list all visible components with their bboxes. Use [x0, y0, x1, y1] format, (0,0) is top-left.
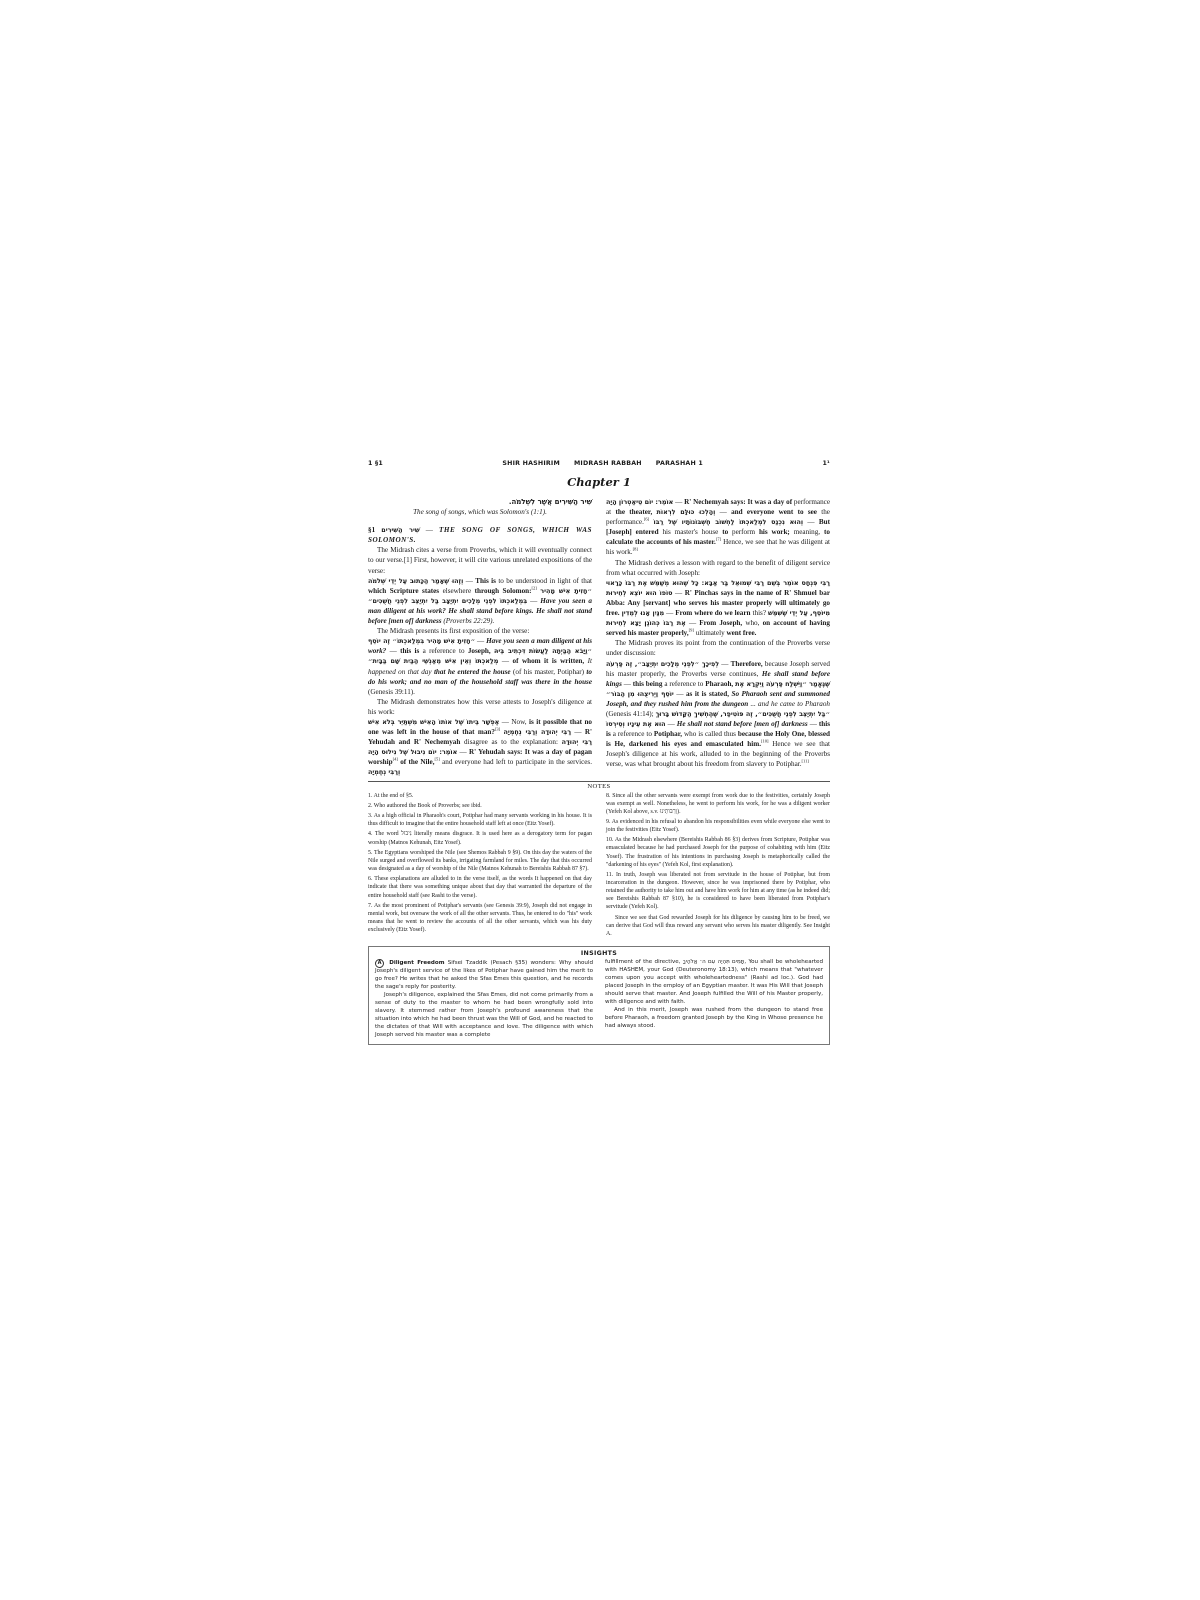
paragraph: The Midrash demonstrates how this verse … [368, 697, 592, 717]
note-item: 8. Since all the other servants were exe… [606, 792, 830, 816]
paragraph: The Midrash presents its first expositio… [368, 626, 592, 636]
section-heading: §1 שִׁיר הַשִּׁירִים — THE SONG OF SONGS… [368, 525, 592, 545]
insights-body: A Diligent Freedom Sifsei Tzaddik (Pesac… [375, 959, 823, 1040]
note-item: 2. Who authored the Book of Proverbs; se… [368, 802, 592, 810]
insight-paragraph: fulfillment of the directive, תָּמִים תִ… [605, 959, 823, 1007]
paragraph: The Midrash cites a verse from Proverbs,… [368, 545, 592, 575]
insight-paragraph: And in this merit, Joseph was rushed fro… [605, 1007, 823, 1031]
notes-divider [368, 781, 830, 782]
parashah-title: PARASHAH 1 [656, 460, 703, 467]
folio-number: 1¹ [822, 460, 830, 467]
note-item: 1. At the end of §5. [368, 792, 592, 800]
note-item: 6. These explanations are alluded to in … [368, 875, 592, 899]
section-marker: §1 [368, 526, 375, 534]
note-item: 3. As a high official in Pharaoh's court… [368, 812, 592, 828]
notes-section: 1. At the end of §5. 2. Who authored the… [368, 792, 830, 941]
book-title: SHIR HASHIRIM [502, 460, 560, 467]
left-column: שִׁיר הַשִּׁירִים אֲשֶׁר לִשְׁלֹמֹה. The… [368, 497, 592, 778]
paragraph: The Midrash derives a lesson with regard… [606, 558, 830, 578]
notes-heading: NOTES [368, 783, 830, 790]
verse-hebrew: שִׁיר הַשִּׁירִים אֲשֶׁר לִשְׁלֹמֹה. [368, 497, 592, 507]
insight-paragraph: A Diligent Freedom Sifsei Tzaddik (Pesac… [375, 959, 593, 992]
insight-paragraph: Joseph's diligence, explained the Sfas E… [375, 992, 593, 1040]
insight-letter-badge: A [375, 959, 384, 968]
book-page: 1 §1 SHIR HASHIRIM MIDRASH RABBAH PARASH… [368, 458, 830, 1045]
insights-right-column: fulfillment of the directive, תָּמִים תִ… [605, 959, 823, 1040]
paragraph: רַבִּי פִּנְחָס אוֹמֵר בְּשֵׁם רַבִּי שְ… [606, 578, 830, 639]
right-column: אוֹמֵר: יוֹם טֵיאַטְרוֹן הָיָה — R' Nech… [606, 497, 830, 778]
paragraph: וְזֶהוּ שֶׁאָמַר הַכָּתוּב עַל יְדֵי שְׁ… [368, 576, 592, 626]
paragraph: לְפִיכָךְ ״לִפְנֵי מְלָכִים יִתְיַצָּב״,… [606, 659, 830, 770]
chapter-title: Chapter 1 [368, 475, 830, 489]
paragraph: אֶפְשָׁר בֵּיתוֹ שֶׁל אוֹתוֹ הָאִישׁ מִש… [368, 717, 592, 778]
note-item: 11. In truth, Joseph was liberated not f… [606, 871, 830, 911]
note-item: 4. The word נִיבוּל literally means disg… [368, 830, 592, 846]
note-item: Since we see that God rewarded Joseph fo… [606, 914, 830, 938]
insights-box: INSIGHTS A Diligent Freedom Sifsei Tzadd… [368, 946, 830, 1045]
note-item: 9. As evidenced in his refusal to abando… [606, 818, 830, 834]
running-head: 1 §1 SHIR HASHIRIM MIDRASH RABBAH PARASH… [368, 458, 830, 468]
page-section-ref: 1 §1 [368, 460, 383, 467]
verse-translation: The song of songs, which was Solomon's (… [368, 507, 592, 517]
note-item: 10. As the Midrash elsewhere (Bereishis … [606, 836, 830, 868]
section-hebrew-lemma: שִׁיר הַשִּׁירִים [381, 526, 419, 534]
notes-left-column: 1. At the end of §5. 2. Who authored the… [368, 792, 592, 941]
running-head-titles: SHIR HASHIRIM MIDRASH RABBAH PARASHAH 1 [502, 460, 703, 467]
notes-right-column: 8. Since all the other servants were exe… [606, 792, 830, 941]
paragraph: אוֹמֵר: יוֹם טֵיאַטְרוֹן הָיָה — R' Nech… [606, 497, 830, 558]
work-title: MIDRASH RABBAH [574, 460, 642, 467]
insights-heading: INSIGHTS [375, 950, 823, 957]
insight-title: Diligent Freedom [389, 960, 444, 966]
note-item: 5. The Egyptians worshiped the Nile (see… [368, 849, 592, 873]
insights-left-column: A Diligent Freedom Sifsei Tzaddik (Pesac… [375, 959, 593, 1040]
main-text: שִׁיר הַשִּׁירִים אֲשֶׁר לִשְׁלֹמֹה. The… [368, 497, 830, 778]
note-item: 7. As the most prominent of Potiphar's s… [368, 902, 592, 934]
paragraph: ״חָזִיתָ אִישׁ מָהִיר בִּמְלַאכְתּוֹ״ זֶ… [368, 636, 592, 697]
paragraph: The Midrash proves its point from the co… [606, 638, 830, 658]
